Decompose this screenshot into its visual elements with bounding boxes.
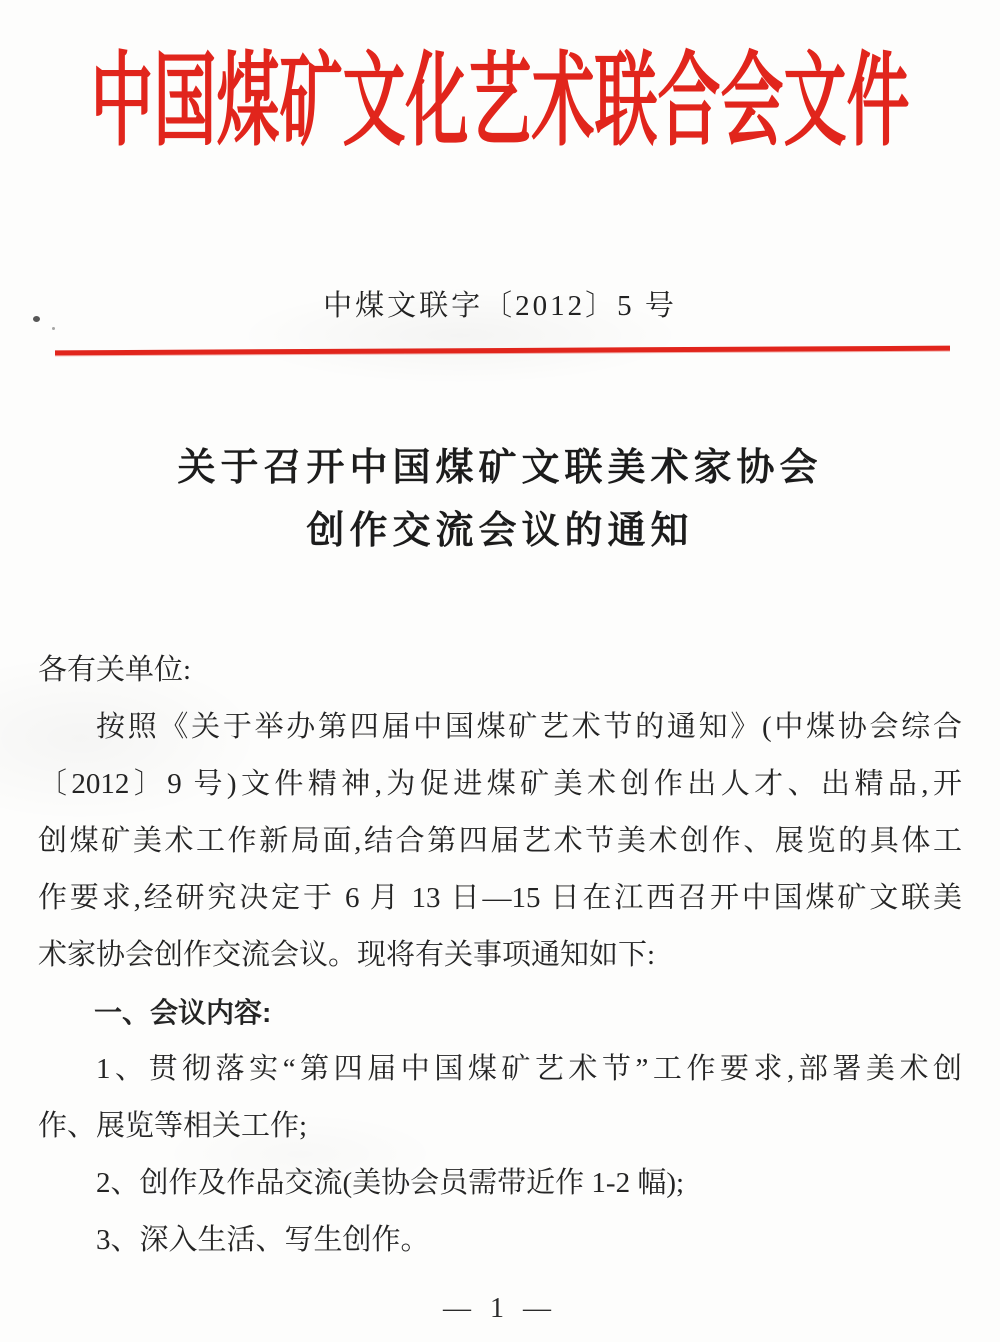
document-body: 各有关单位:按照《关于举办第四届中国煤矿艺术节的通知》(中煤协会综合〔2012〕… [38, 642, 962, 1269]
page-number: — 1 — [443, 1293, 557, 1324]
document-number: 中煤文联字〔2012〕5 号 [0, 283, 1000, 324]
body-line: 按照《关于举办第四届中国煤矿艺术节的通知》(中煤协会综合 [38, 699, 962, 756]
document-title-line1: 关于召开中国煤矿文联美术家协会 [0, 437, 1000, 500]
letterhead-org-title: 中国煤矿文化艺术联合会文件 [0, 52, 1000, 154]
body-line: 〔2012〕9 号)文件精神,为促进煤矿美术创作出人才、出精品,开 [38, 756, 962, 813]
body-line: 作要求,经研究决定于 6 月 13 日—15 日在江西召开中国煤矿文联美 [38, 870, 962, 927]
body-line: 各有关单位: [38, 642, 962, 699]
page-footer: — 1 — [0, 1293, 1000, 1325]
document-title-line2: 创作交流会议的通知 [0, 500, 1000, 563]
document-page: 中国煤矿文化艺术联合会文件 中煤文联字〔2012〕5 号 关于召开中国煤矿文联美… [0, 0, 1000, 1342]
body-line: 2、创作及作品交流(美协会员需带近作 1-2 幅); [38, 1155, 962, 1212]
red-divider-line [55, 346, 950, 356]
document-title: 关于召开中国煤矿文联美术家协会 创作交流会议的通知 [0, 437, 1000, 563]
scan-speck [52, 327, 55, 330]
body-line: 术家协会创作交流会议。现将有关事项通知如下: [38, 927, 962, 984]
body-line: 作、展览等相关工作; [38, 1098, 962, 1155]
scan-speck [33, 316, 40, 322]
body-line: 一、会议内容: [38, 984, 962, 1041]
body-line: 3、深入生活、写生创作。 [38, 1212, 962, 1269]
body-line: 1、贯彻落实“第四届中国煤矿艺术节”工作要求,部署美术创 [38, 1041, 962, 1098]
body-line: 创煤矿美术工作新局面,结合第四届艺术节美术创作、展览的具体工 [38, 813, 962, 870]
